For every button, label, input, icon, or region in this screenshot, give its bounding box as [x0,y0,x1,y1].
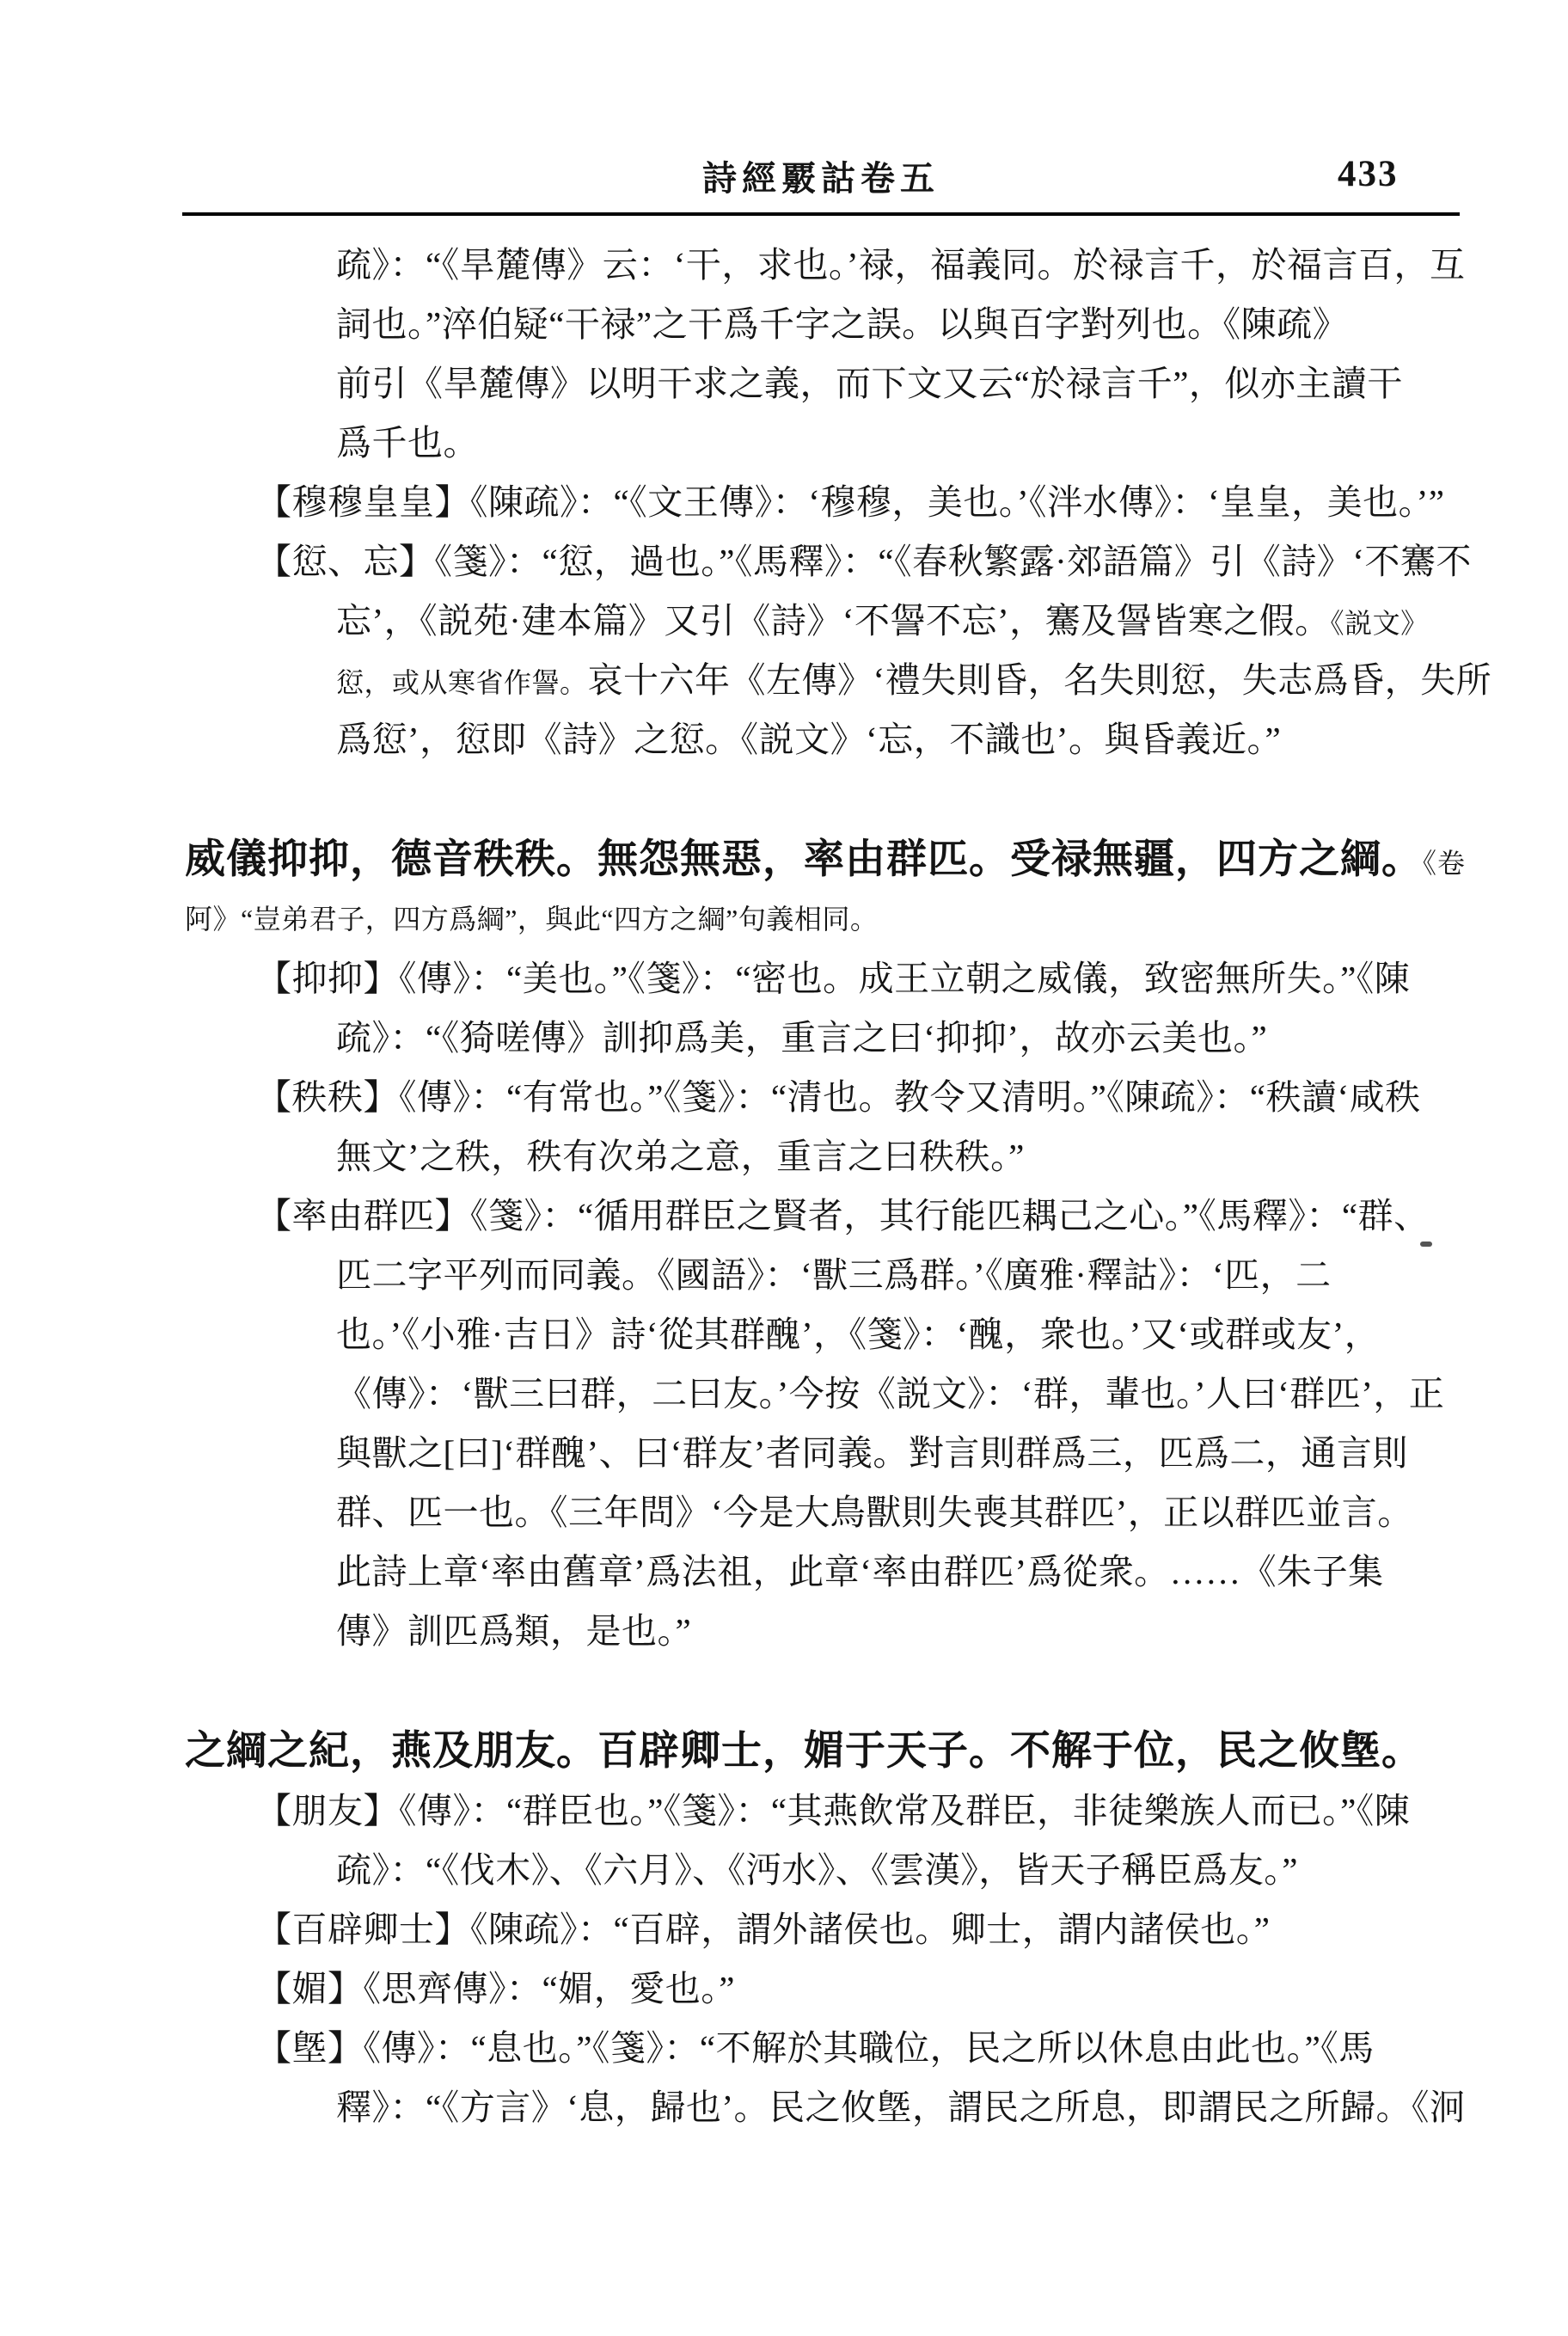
stanza-line: 威儀抑抑，德音秩秩。無怨無惡，率由群匹。受禄無疆，四方之綱。《卷 [185,831,1466,890]
entry-line: 愆，或从寒省作諐。哀十六年《左傳》‘禮失則昏，名失則愆，失志爲昏，失所 [185,651,1466,710]
section-gap [185,769,1466,831]
stanza-note-line: 阿》“豈弟君子，四方爲綱”，與此“四方之綱”句義相同。 [185,890,1466,949]
stanza-text: 威儀抑抑，德音秩秩。無怨無惡，率由群匹。受禄無疆，四方之綱。 [185,837,1423,882]
body-line: 疏》：“《旱麓傳》云：‘干，求也。’禄，福義同。於禄言千，於福言百，互 [185,236,1466,295]
page-body: 疏》：“《旱麓傳》云：‘干，求也。’禄，福義同。於禄言千，於福言百，互 詞也。”… [185,236,1466,2137]
body-line: 爲千也。 [185,414,1466,473]
entry-line: 【媚】《思齊傳》：“媚，愛也。” [185,1959,1466,2019]
entry-line: 也。’《小雅·吉日》詩‘從其群醜’，《箋》：‘醜，衆也。’又‘或群或友’， [185,1305,1466,1364]
line-text: 忘’，《説苑·建本篇》又引《詩》‘不諐不忘’，騫及諐皆寒之假。 [336,601,1331,641]
entry-line: 【率由群匹】《箋》：“循用群臣之賢者，其行能匹耦己之心。”《馬釋》：“群、 [185,1186,1466,1246]
inline-note-text: 《卷 [1423,848,1466,879]
entry-line: 【墍】《傳》：“息也。”《箋》：“不解於其職位，民之所以休息由此也。”《馬 [185,2019,1466,2078]
inline-note-text: 愆，或从寒省作諐。 [336,667,588,698]
entry-line: 【百辟卿士】《陳疏》：“百辟，謂外諸侯也。卿士，謂内諸侯也。” [185,1900,1466,1959]
entry-line: 爲愆’，愆即《詩》之愆。《説文》‘忘，不識也’。與昏義近。” [185,710,1466,769]
entry-line: 疏》：“《伐木》、《六月》、《沔水》、《雲漢》，皆天子稱臣爲友。” [185,1841,1466,1900]
entry-line: 群、匹一也。《三年問》‘今是大鳥獸則失喪其群匹’，正以群匹並言。 [185,1483,1466,1542]
entry-line: 【穆穆皇皇】《陳疏》：“《文王傳》：‘穆穆，美也。’《泮水傳》：‘皇皇，美也。’… [185,473,1466,532]
entry-line: 傳》訓匹爲類，是也。” [185,1602,1466,1661]
entry-line: 無文’之秩，秩有次弟之意，重言之曰秩秩。” [185,1127,1466,1186]
page-number: 433 [1338,153,1399,195]
entry-line: 【秩秩】《傳》：“有常也。”《箋》：“清也。教令又清明。”《陳疏》：“秩讀‘咸秩 [185,1068,1466,1127]
entry-line: 《傳》：‘獸三曰群，二曰友。’今按《説文》：‘群，輩也。’人曰‘群匹’，正 [185,1364,1466,1424]
section-gap [185,1661,1466,1722]
entry-line: 忘’，《説苑·建本篇》又引《詩》‘不諐不忘’，騫及諐皆寒之假。《説文》 [185,592,1466,651]
stanza-line: 之綱之紀，燕及朋友。百辟卿士，媚于天子。不解于位，民之攸墍。 [185,1722,1466,1781]
header-rule [182,212,1460,216]
scanned-book-page: 詩經覈詁卷五 433 疏》：“《旱麓傳》云：‘干，求也。’禄，福義同。於禄言千，… [0,0,1568,2336]
entry-line: 匹二字平列而同義。《國語》：‘獸三爲群。’《廣雅·釋詁》：‘匹，二 [185,1246,1466,1305]
entry-line: 【朋友】《傳》：“群臣也。”《箋》：“其燕飲常及群臣，非徒樂族人而已。”《陳 [185,1781,1466,1841]
body-line: 前引《旱麓傳》以明干求之義，而下文又云“於禄言千”，似亦主讀干 [185,354,1466,414]
entry-line: 此詩上章‘率由舊章’爲法祖，此章‘率由群匹’爲從衆。……《朱子集 [185,1542,1466,1602]
running-title: 詩經覈詁卷五 [185,151,1457,200]
line-text: 哀十六年《左傳》‘禮失則昏，名失則愆，失志爲昏，失所 [588,660,1492,700]
entry-line: 【抑抑】《傳》：“美也。”《箋》：“密也。成王立朝之威儀，致密無所失。”《陳 [185,949,1466,1009]
entry-line: 【愆、忘】《箋》：“愆，過也。”《馬釋》：“《春秋繁露·郊語篇》引《詩》‘不騫不 [185,532,1466,592]
scan-speck [1420,1242,1432,1247]
entry-line: 與獸之[曰]‘群醜’、曰‘群友’者同義。對言則群爲三，匹爲二，通言則 [185,1424,1466,1483]
entry-line: 疏》：“《猗嗟傳》訓抑爲美，重言之曰‘抑抑’，故亦云美也。” [185,1009,1466,1068]
body-line: 詞也。”淬伯疑“干禄”之干爲千字之誤。以與百字對列也。《陳疏》 [185,295,1466,354]
entry-line: 釋》：“《方言》‘息，歸也’。民之攸墍，謂民之所息，即謂民之所歸。《泂 [185,2078,1466,2137]
inline-note-text: 《説文》 [1331,608,1429,639]
